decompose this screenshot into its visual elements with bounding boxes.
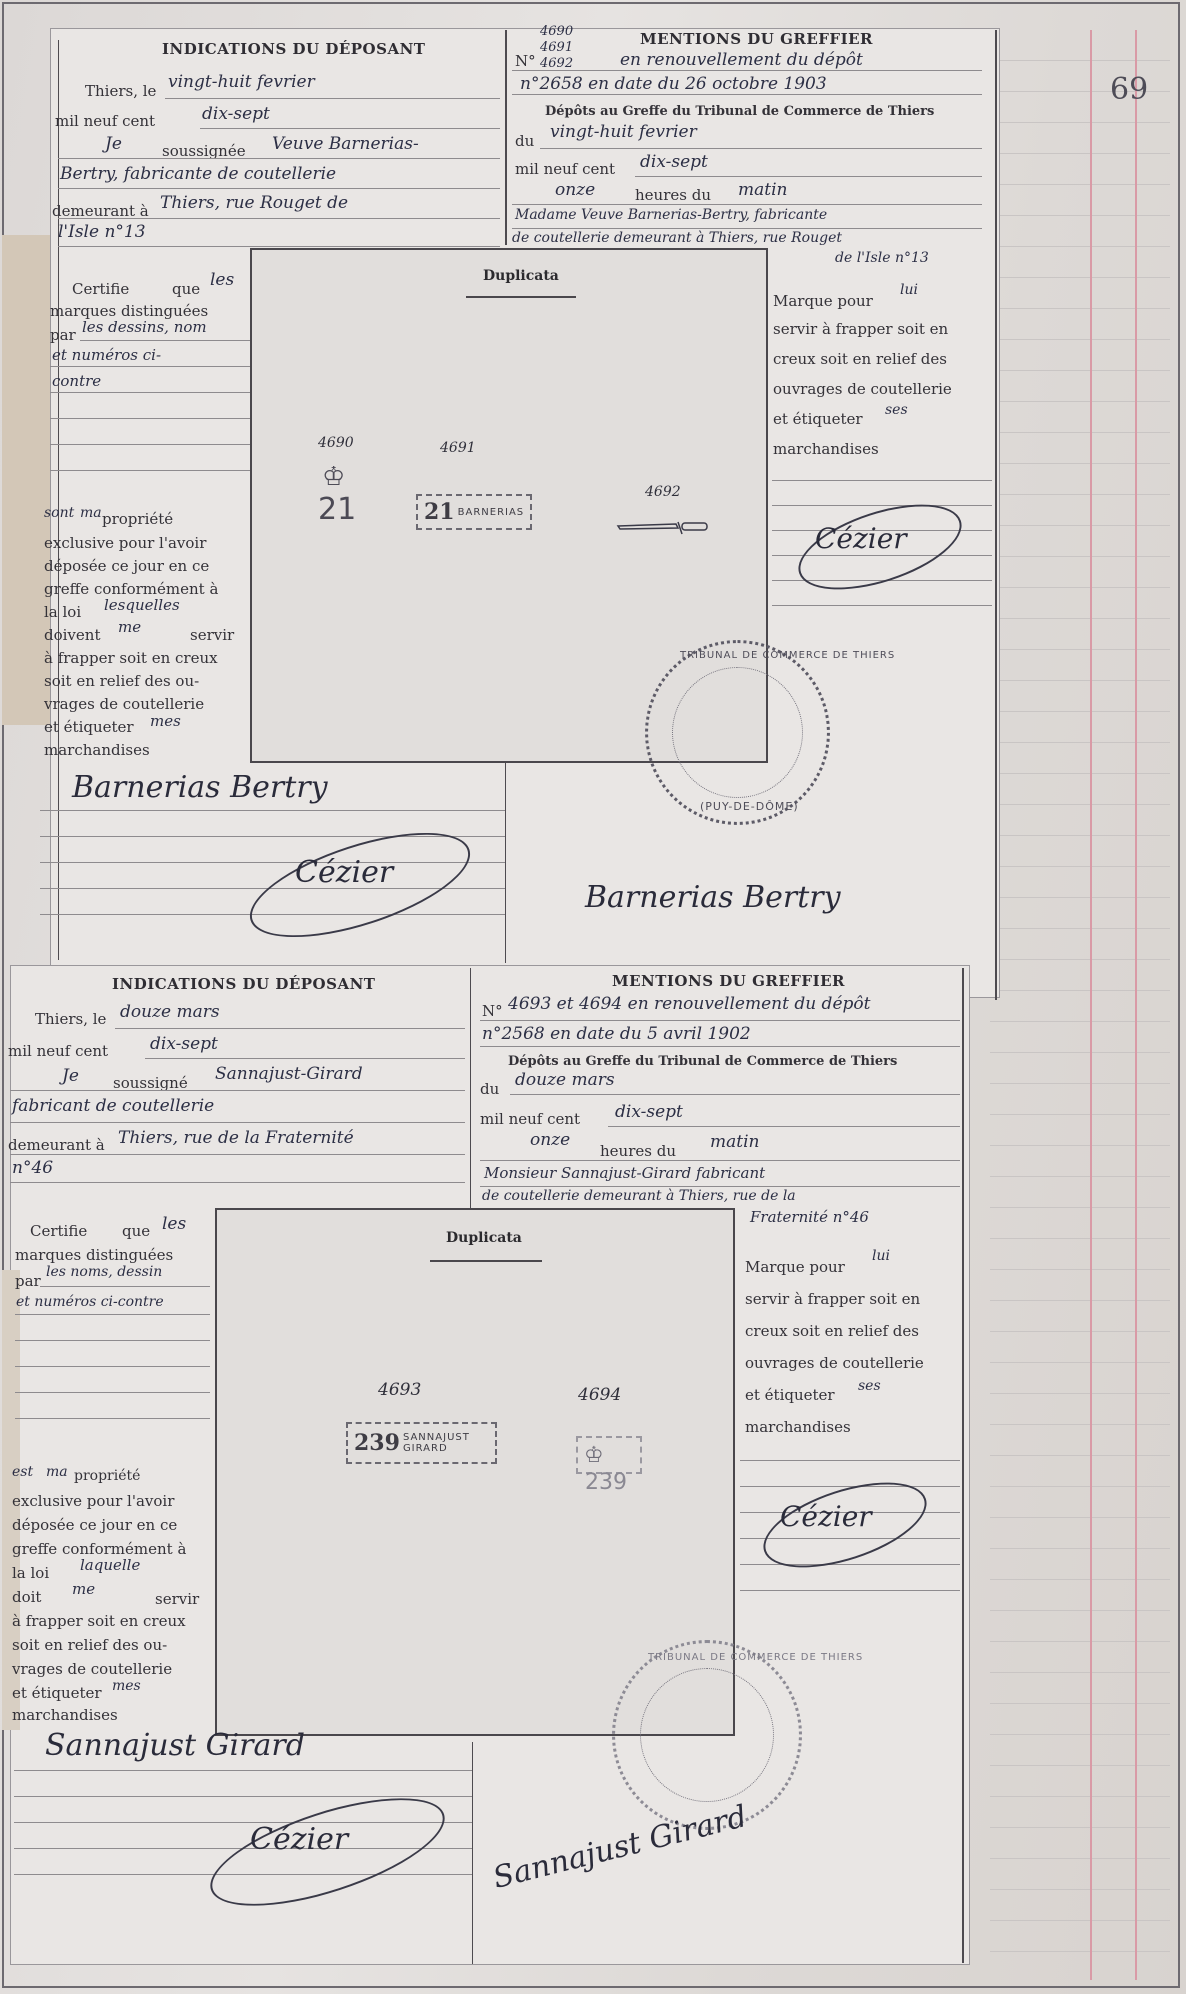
address-label: demeurant à [8,1136,105,1154]
right-rule [995,30,997,1000]
year-label: mil neuf cent [8,1042,108,1060]
column-divider [505,763,506,963]
rule [10,1090,465,1091]
deposit-date: douze mars [515,1070,615,1090]
mark-number: 4693 [378,1380,421,1400]
rule [15,1366,210,1367]
rule [50,392,250,393]
duplicata-rule [466,296,576,298]
rule [772,480,992,481]
rule [480,1160,960,1161]
deposit-date: vingt-huit fevrier [550,122,697,142]
mark-number: 4691 [440,440,476,456]
body-text: à frapper soit en creux [12,1612,186,1630]
etiqueter-value: ses [885,402,908,418]
rule [512,94,982,95]
body-text: vrages de coutellerie [44,695,204,713]
heures-label: heures du [635,186,711,204]
tribunal-seal-inner [640,1668,774,1802]
propriete-label: propriété [102,510,173,528]
du-label: du [480,1080,499,1098]
paper-fold [2,235,50,725]
par-value: et numéros ci-contre [16,1294,164,1310]
depositor-occupation: Bertry, fabricante de coutellerie [60,164,336,184]
body-text: ouvrages de coutellerie [745,1354,924,1372]
loi-value: lesquelles [104,596,180,614]
deposit-hour: onze [530,1130,570,1150]
servir-label: servir [155,1590,199,1608]
year-label: mil neuf cent [480,1110,580,1128]
time-of-day: matin [738,180,787,200]
marque-value: lui [900,282,918,298]
que-value: les [162,1214,186,1234]
marque-label: Marque pour [773,292,873,310]
deposit-year: dix-sept [615,1102,683,1122]
par-value: les dessins, nom [82,318,207,336]
seal-text: (PUY-DE-DÔME) [700,800,799,813]
rule [10,1182,465,1183]
greffier-header: MENTIONS DU GREFFIER [612,972,845,990]
par-label: par [15,1272,41,1290]
rule [510,1094,960,1095]
ledger-margin-line [1135,30,1137,1980]
body-text: exclusive pour l'avoir [44,534,206,552]
rule [512,204,982,205]
depositor-name: Sannajust-Girard [215,1064,363,1084]
du-label: du [515,132,534,150]
loi-value: laquelle [80,1556,140,1574]
rule [58,158,500,159]
deposit-number: 4691 [540,40,573,55]
stamp-number: 21 [424,499,455,525]
rule [740,1564,960,1565]
date-value: douze mars [120,1002,220,1022]
mark-stamp: 239 SANNAJUST GIRARD [346,1422,497,1464]
propriete-value: ma [46,1464,68,1480]
marque-label: Marque pour [745,1258,845,1276]
body-text: vrages de coutellerie [12,1660,172,1678]
right-rule [962,968,964,1963]
rule [10,1154,465,1155]
register-page: 69 INDICATIONS DU DÉPOSANT Thiers, le vi… [0,0,1186,1994]
rule [10,1122,465,1123]
que-label: que [172,280,200,298]
rule [50,470,250,471]
deposit-year: dix-sept [640,152,708,172]
rule [145,1058,465,1059]
rule [80,340,250,341]
stamp-name: SANNAJUST GIRARD [403,1432,481,1454]
renewal-reference: n°2658 en date du 26 octobre 1903 [520,74,827,94]
rule [200,128,500,129]
rule [50,366,250,367]
etiqueter-value: mes [112,1678,141,1694]
page-number: 69 [1110,72,1148,107]
depositor-description: de l'Isle n°13 [835,250,929,266]
rule [480,1186,960,1187]
rule [15,1314,210,1315]
renewal-text: 4693 et 4694 en renouvellement du dépôt [508,994,870,1014]
rule [40,810,505,811]
depositor-description: de coutellerie demeurant à Thiers, rue R… [512,230,842,246]
crown-icon: ♔ [584,1443,604,1468]
rule [15,1340,210,1341]
body-text: creux soit en relief des [773,350,947,368]
column-divider [470,968,471,1208]
etiqueter-value: mes [150,712,181,730]
propriete-prefix: est [12,1464,33,1480]
loi-label: la loi [44,603,81,621]
propriete-label: propriété [74,1468,140,1484]
year-value: dix-sept [150,1034,218,1054]
etiqueter-label: et étiqueter [773,410,863,428]
etiqueter-label: et étiqueter [44,718,134,736]
rule [15,1392,210,1393]
doivent-value: me [72,1580,95,1598]
body-text: soit en relief des ou- [44,672,199,690]
body-text: déposée ce jour en ce [44,557,209,575]
mark-stamp: 21 BARNERIAS [416,494,532,530]
date-label: Thiers, le [35,1010,106,1028]
doivent-label: doit [12,1588,41,1606]
crown-icon: ♔ [322,462,345,492]
loi-label: la loi [12,1564,49,1582]
duplicata-rule [430,1260,542,1262]
certifie-label: Certifie [72,280,129,298]
depositor-description: de coutellerie demeurant à Thiers, rue d… [482,1188,796,1204]
rule [58,218,500,219]
je-value: Je [105,134,122,154]
clerk-signature: Cézier [815,522,907,555]
rule [50,418,250,419]
rule [608,1126,960,1127]
rule [512,70,982,71]
seal-text: TRIBUNAL DE COMMERCE DE THIERS [680,650,895,661]
deposit-number: 4692 [540,56,573,71]
date-label: Thiers, le [85,82,156,100]
propriete-prefix: sont [44,505,74,521]
marques-label: marques distinguées [15,1246,173,1264]
depositor-signature: Barnerias Bertry [585,880,841,915]
rule [480,1046,960,1047]
mark-stamp-number: 21 [318,492,356,527]
depositor-signature: Barnerias Bertry [72,770,328,805]
depositor-signature: Sannajust Girard [45,1728,305,1763]
seal-text: TRIBUNAL DE COMMERCE DE THIERS [648,1652,863,1663]
deposit-number-label: N° [482,1002,503,1020]
je-value: Je [62,1066,79,1086]
body-text: ouvrages de coutellerie [773,380,952,398]
etiqueter-label: et étiqueter [12,1684,102,1702]
knife-icon [616,512,711,540]
stamp-number: 239 [354,1430,400,1456]
par-value: contre [52,372,101,390]
doivent-value: me [118,618,141,636]
rule [115,1028,465,1029]
heures-label: heures du [600,1142,676,1160]
ledger-margin-line [1090,30,1092,1980]
servir-label: servir [190,626,234,644]
rule [540,148,982,149]
duplicata-title: Duplicata [446,1230,522,1246]
marque-value: lui [872,1248,890,1264]
rule [14,1796,472,1797]
stamp-name: BARNERIAS [458,507,525,518]
rule [58,246,500,247]
deposit-number-label: N° [515,52,536,70]
rule [14,1770,472,1771]
address-value-2: n°46 [12,1158,53,1178]
address-value: Thiers, rue de la Fraternité [118,1128,354,1148]
rule [15,1418,210,1419]
body-text: à frapper soit en creux [44,649,218,667]
clerk-signature: Cézier [250,1822,348,1857]
duplicata-title: Duplicata [483,268,559,284]
rule [740,1590,960,1591]
etiqueter-value: ses [858,1378,881,1394]
que-value: les [210,270,234,290]
depositor-occupation: fabricant de coutellerie [12,1096,214,1116]
deposant-header: INDICATIONS DU DÉPOSANT [162,40,425,58]
deposit-hour: onze [555,180,595,200]
body-text: exclusive pour l'avoir [12,1492,174,1510]
address-value: Thiers, rue Rouget de [160,193,348,213]
mark-number: 4694 [578,1385,621,1405]
ledger-ruling [990,30,1170,1980]
depositor-name: Veuve Barnerias- [272,134,419,154]
deposit-number: 4690 [540,24,573,39]
rule [635,176,982,177]
depositor-description: Fraternité n°46 [750,1208,869,1226]
marchandises-label: marchandises [44,741,150,759]
etiqueter-label: et étiqueter [745,1386,835,1404]
body-text: servir à frapper soit en [745,1290,920,1308]
rule [772,505,992,506]
par-value: les noms, dessin [46,1264,162,1280]
rule [50,444,250,445]
address-value-2: l'Isle n°13 [58,222,146,242]
mark-stamp-number: 239 [585,1470,627,1495]
par-label: par [50,326,76,344]
greffier-header: MENTIONS DU GREFFIER [640,30,873,48]
mark-number: 4690 [318,435,354,451]
doivent-label: doivent [44,626,100,644]
marchandises-label: marchandises [745,1418,851,1436]
rule [480,1020,960,1021]
clerk-signature: Cézier [295,855,393,890]
rule [740,1460,960,1461]
time-of-day: matin [710,1132,759,1152]
clerk-signature: Cézier [780,1500,872,1533]
par-value: et numéros ci- [52,346,161,364]
depots-label: Dépôts au Greffe du Tribunal de Commerce… [508,1054,897,1069]
mark-stamp: ♔ [576,1436,642,1474]
date-value: vingt-huit fevrier [168,72,315,92]
depots-label: Dépôts au Greffe du Tribunal de Commerce… [545,104,934,119]
rule [165,98,500,99]
depositor-description: Madame Veuve Barnerias-Bertry, fabricant… [515,207,827,223]
propriete-value: ma [80,505,102,521]
rule [512,228,982,229]
certifie-label: Certifie [30,1222,87,1240]
rule [58,188,500,189]
left-rule [58,40,59,960]
body-text: soit en relief des ou- [12,1636,167,1654]
mark-number: 4692 [645,484,681,500]
marchandises-label: marchandises [12,1706,118,1724]
marchandises-label: marchandises [773,440,879,458]
tribunal-seal-inner [672,667,803,798]
rule [40,1286,210,1287]
year-value: dix-sept [202,104,270,124]
year-label: mil neuf cent [515,160,615,178]
body-text: servir à frapper soit en [773,320,948,338]
body-text: creux soit en relief des [745,1322,919,1340]
body-text: déposée ce jour en ce [12,1516,177,1534]
column-divider [472,1742,473,1964]
renewal-reference: n°2568 en date du 5 avril 1902 [482,1024,751,1044]
rule [772,605,992,606]
year-label: mil neuf cent [55,112,155,130]
renewal-text: en renouvellement du dépôt [620,50,863,70]
deposant-header: INDICATIONS DU DÉPOSANT [112,975,375,993]
depositor-description: Monsieur Sannajust-Girard fabricant [484,1164,765,1182]
que-label: que [122,1222,150,1240]
column-divider [505,30,507,245]
